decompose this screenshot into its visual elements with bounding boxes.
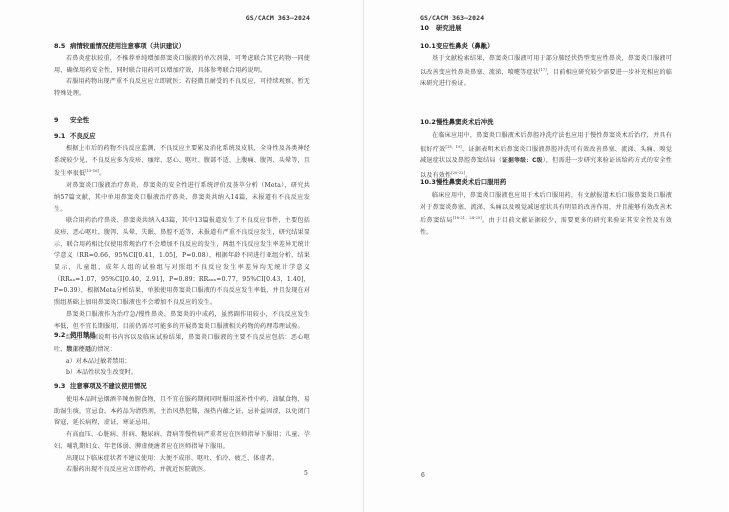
citation: [18-21，24-25]	[453, 216, 482, 220]
paragraph: 联合用药治疗鼻炎、鼻窦炎共纳入43篇，其中13篇报道发生了不良反应事件，主要包括…	[54, 215, 310, 309]
section-heading-10-1: 10.1变应性鼻炎（鼻鼽）	[420, 41, 672, 50]
paragraph: 出现以下临床症状者不建议使用：大便不成形、呕吐、怕冷、疲乏、体虚者。	[54, 453, 310, 465]
section-title: 慢性鼻窦炎术后冲洗	[436, 118, 494, 126]
section-number: 9.3	[54, 382, 70, 390]
paragraph: 对鼻窦炎口服液治疗鼻炎、鼻窦炎的安全性进行系统评价及荟萃分析（Meta），研究共…	[54, 180, 310, 215]
paragraph: 禁止使用的情况：	[54, 344, 310, 356]
citation: [17]	[539, 68, 547, 72]
section-number: 9.1	[54, 132, 70, 140]
paragraph: 有高血压、心脏病、肝病、糖尿病、肾病等慢性病严重者应在医师指导下服用；儿童、孕妇…	[54, 429, 310, 452]
paragraph: 若服药出现不良反应应立即停药，并就近医院就医。	[54, 464, 310, 476]
section-heading-9: 9安全性	[54, 115, 310, 124]
section-number: 9.2	[54, 331, 70, 339]
section-number: 10.2	[420, 118, 436, 126]
section-heading-10-2: 10.2慢性鼻窦炎术后冲洗	[420, 117, 672, 126]
page-number: 5	[304, 470, 308, 477]
page-5: GS/CACM 363—2024 8.5病情较重情况使用注意事项（共识建议） 若…	[0, 0, 364, 512]
section-title: 安全性	[70, 116, 89, 124]
page-6: GS/CACM 363—2024 10研究进展 10.1变应性鼻炎（鼻鼽） 基于…	[364, 0, 728, 512]
section-number: 10.1	[420, 42, 436, 50]
page-number: 6	[421, 472, 425, 479]
document-spread: GS/CACM 363—2024 8.5病情较重情况使用注意事项（共识建议） 若…	[0, 0, 729, 512]
section-number: 8.5	[54, 42, 70, 50]
section-number: 10.3	[420, 178, 436, 186]
citation: [20-22]	[451, 171, 465, 175]
section-title: 病情较重情况使用注意事项（共识建议）	[70, 42, 185, 50]
section-title: 研究进展	[436, 24, 462, 32]
section-heading-9-2: 9.2使用禁忌	[54, 330, 310, 339]
contraindication-item: b）本品性状发生改变时。	[54, 367, 310, 379]
section-number: 10	[420, 24, 436, 32]
paragraph: 基于文献检索结果，鼻窦炎口服液可用于部分肺经伏热型变应性鼻炎，鼻窦炎口服液可以改…	[420, 53, 672, 90]
section-heading-8-5: 8.5病情较重情况使用注意事项（共识建议）	[54, 41, 310, 50]
section-heading-9-1: 9.1不良反应	[54, 131, 310, 140]
paragraph-text: 。	[99, 170, 105, 177]
citation: [15-16]	[85, 169, 99, 173]
section-title: 注意事项及不建议使用情况	[70, 382, 147, 390]
section-heading-10-3: 10.3慢性鼻窦炎术后口服用药	[420, 177, 672, 186]
section-title: 慢性鼻窦炎术后口服用药	[436, 178, 506, 186]
section-title: 使用禁忌	[70, 331, 96, 339]
paragraph: 在临床应用中，鼻窦炎口服液术后鼻腔冲洗疗法也应用于慢性鼻窦炎术后治疗，并具有很好…	[420, 130, 672, 182]
paragraph: 鼻窦炎口服液作为治疗急/慢性鼻炎、鼻窦炎的中成药，虽然副作用较小，不良反应发生率…	[54, 309, 310, 332]
paragraph: 临床应用中，鼻窦炎口服液也应用于术后口服用药，有文献报道术后口服鼻窦炎口服液对于…	[420, 190, 672, 239]
paragraph: 若鼻炎症状较重，不推荐单纯增加鼻窦炎口服液的单次剂量，可考虑联合其它药物一同使用…	[54, 53, 310, 76]
section-heading-9-3: 9.3注意事项及不建议使用情况	[54, 381, 310, 390]
contraindication-item: a）对本品过敏者禁用；	[54, 356, 310, 368]
paragraph: 若服用药物出现严重不良反应应立即就医；若轻微且耐受的不良反应，可持续观察，暂无特…	[54, 76, 310, 99]
document-code-header: GS/CACM 363—2024	[420, 14, 484, 22]
section-title: 变应性鼻炎（鼻鼽）	[436, 42, 494, 50]
section-number: 9	[54, 116, 70, 124]
paragraph: 使用本品时忌烟酒辛辣鱼腥食物，且不宜在服药期间同时服用滋补性中药，油腻食物，易助…	[54, 394, 310, 429]
section-title: 不良反应	[70, 132, 96, 140]
evidence-level: 证据等级：C级	[502, 158, 543, 164]
paragraph: 根据上市后的药物不良反应监测，不良反应主要累及消化系统及皮肤，全身性及各类神经系…	[54, 143, 310, 180]
section-heading-10: 10研究进展	[420, 23, 672, 32]
citation: [18，19]	[445, 145, 461, 149]
document-code-header: GS/CACM 363—2024	[246, 14, 310, 22]
